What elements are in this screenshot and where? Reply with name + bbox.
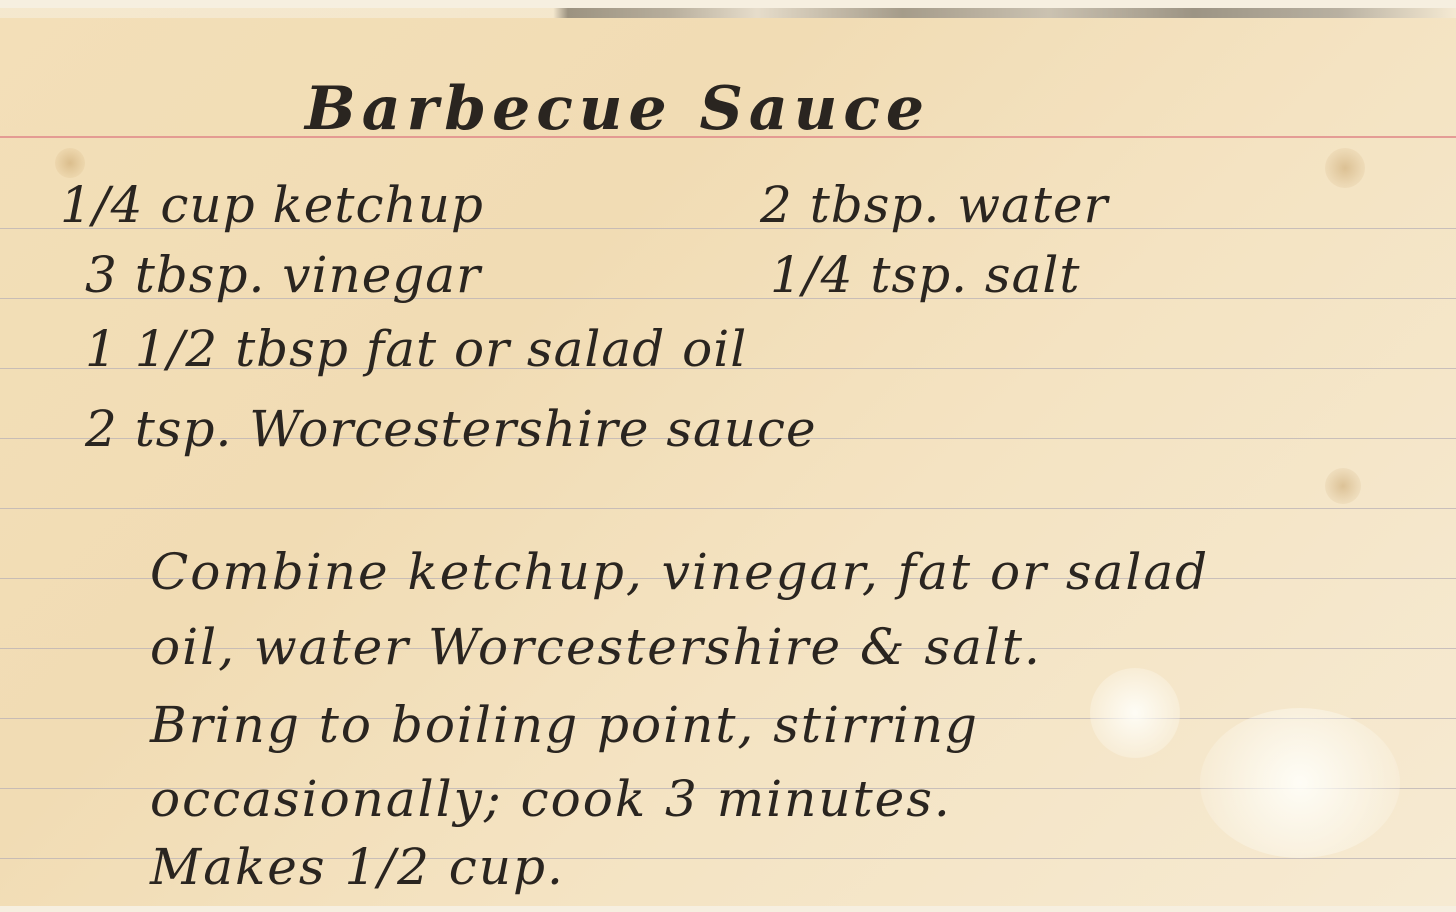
card-top-edge: [0, 8, 1456, 18]
ruled-line: [0, 508, 1456, 509]
directions-line: Makes 1/2 cup.: [150, 838, 565, 896]
ingredient-right: 2 tbsp. water: [760, 176, 1108, 234]
ingredient-right: 1/4 tsp. salt: [770, 246, 1080, 304]
water-stain: [1090, 668, 1180, 758]
ingredient-left: 1/4 cup ketchup: [60, 176, 484, 234]
directions-line: Combine ketchup, vinegar, fat or salad: [150, 543, 1209, 601]
stain-spot: [1325, 148, 1365, 188]
directions-line: occasionally; cook 3 minutes.: [150, 770, 952, 828]
recipe-title: Barbecue Sauce: [305, 74, 930, 144]
ingredient-left: 3 tbsp. vinegar: [85, 246, 481, 304]
directions-line: Bring to boiling point, stirring: [150, 696, 979, 754]
stain-spot: [55, 148, 85, 178]
stain-spot: [1325, 468, 1361, 504]
directions-line: oil, water Worcestershire & salt.: [150, 618, 1042, 676]
recipe-card: Barbecue Sauce 1/4 cup ketchup 3 tbsp. v…: [0, 8, 1456, 906]
ingredient-left: 1 1/2 tbsp fat or salad oil: [85, 320, 747, 378]
water-stain: [1200, 708, 1400, 858]
ingredient-left: 2 tsp. Worcestershire sauce: [85, 400, 817, 458]
